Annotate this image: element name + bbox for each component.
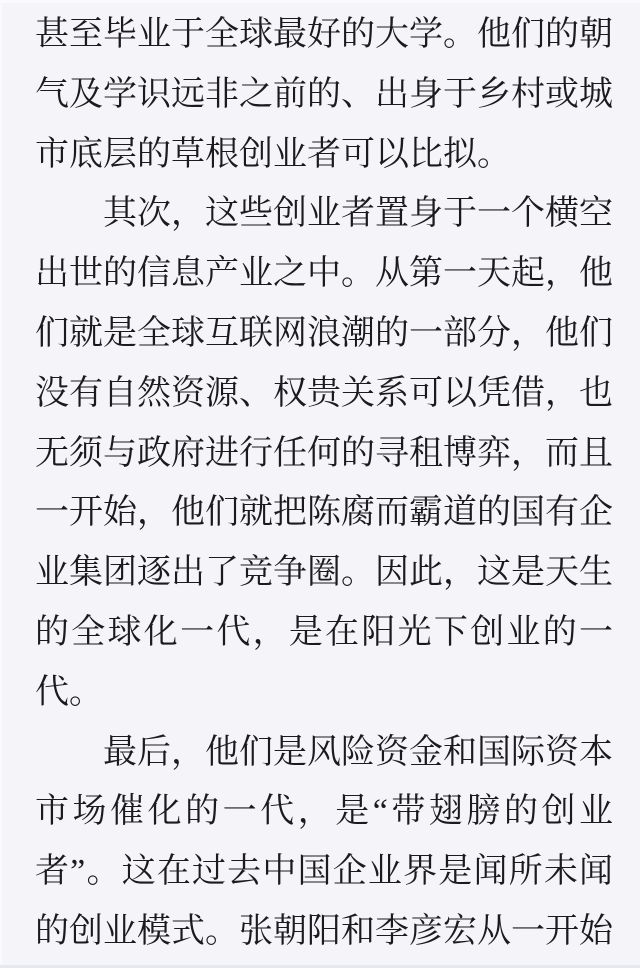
ebook-page: 甚至毕业于全球最好的大学。他们的朝 气及学识远非之前的、出身于乡村或城 市底层的… (0, 0, 640, 968)
text-line: 的创业模式。张朝阳和李彦宏从一开始 (35, 902, 613, 962)
text-line: 的全球化一代，是在阳光下创业的一 (35, 603, 613, 663)
text-line: 们就是全球互联网浪潮的一部分，他们 (35, 304, 613, 364)
text-line: 甚至毕业于全球最好的大学。他们的朝 (35, 5, 613, 65)
text-line: 代。 (35, 663, 613, 723)
text-line: 者”。这在过去中国企业界是闻所未闻 (35, 842, 613, 902)
text-line: 市底层的草根创业者可以比拟。 (35, 125, 613, 185)
text-line: 无须与政府进行任何的寻租博弈，而且 (35, 424, 613, 484)
text-line: 气及学识远非之前的、出身于乡村或城 (35, 65, 613, 125)
text-line paragraph-start: 其次，这些创业者置身于一个横空 (35, 184, 613, 244)
page-edge-top (0, 0, 640, 3)
text-line: 业集团逐出了竞争圈。因此，这是天生 (35, 543, 613, 603)
text-line: 出世的信息产业之中。从第一天起，他 (35, 244, 613, 304)
text-block: 甚至毕业于全球最好的大学。他们的朝 气及学识远非之前的、出身于乡村或城 市底层的… (0, 0, 640, 962)
text-line: 没有自然资源、权贵关系可以凭借，也 (35, 364, 613, 424)
page-edge-left (0, 0, 2, 968)
text-line paragraph-start: 最后，他们是风险资金和国际资本 (35, 723, 613, 783)
text-line: 市场催化的一代，是“带翅膀的创业 (35, 782, 613, 842)
text-line: 一开始，他们就把陈腐而霸道的国有企 (35, 483, 613, 543)
